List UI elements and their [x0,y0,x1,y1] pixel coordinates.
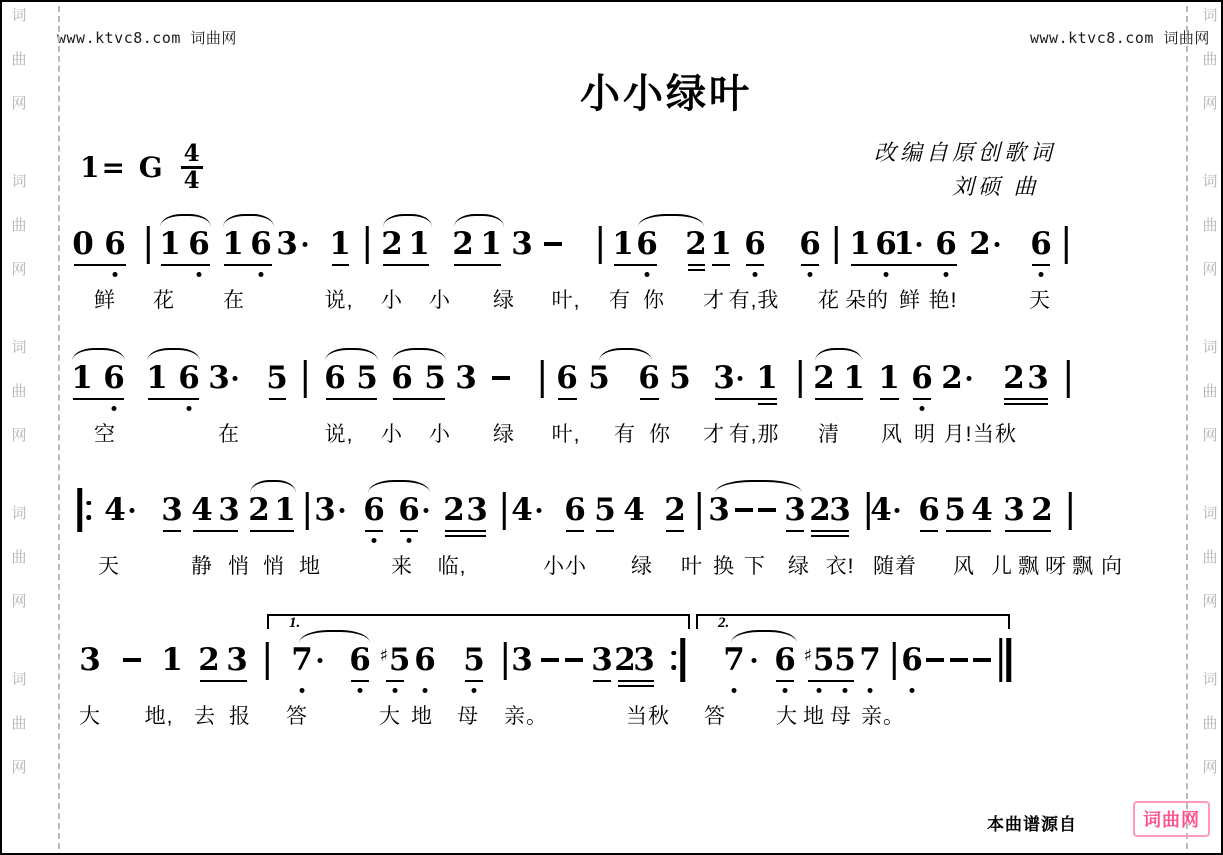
beam-line [193,530,238,532]
note: 3 [161,495,183,526]
octave-dot [197,272,202,277]
duration-dot [738,376,743,381]
beam-line [811,535,849,537]
note: 3 [713,363,735,394]
beam-line [596,530,614,532]
beam-line [386,680,404,682]
dash-rest [565,658,583,662]
lyric-syllable: 衣! [826,550,855,580]
note: 1 [329,229,351,260]
note: 6 [799,229,821,260]
note: 6 [391,363,413,394]
beam-line [224,264,272,266]
lyric-syllable: 呀 [1045,550,1067,580]
side-watermark-char-right: 曲 [1201,218,1219,233]
dash-rest [735,508,753,512]
beam-line [776,680,794,682]
lyric-syllable: 清 [818,418,840,448]
footer-site-badge: 词曲网 [1133,801,1210,837]
note: 5 [463,645,485,676]
beam-line [161,264,210,266]
note: 5 [424,363,446,394]
note: 4 [971,495,993,526]
octave-dot [753,272,758,277]
beam-line [920,530,938,532]
note: 6 [398,495,420,526]
lyric-syllable: 叶, [552,284,581,314]
volta-label: 2. [718,615,729,632]
lyric-syllable: 绿 [788,550,810,580]
lyric-syllable: 你 [643,284,665,314]
lyric-syllable: 飘 [1072,550,1094,580]
lyric-syllable: 绿 [493,418,515,448]
volta-bracket [267,614,690,629]
note: 4 [511,495,533,526]
lyric-syllable: 答 [286,700,308,730]
beam-line [148,398,199,400]
octave-dot [372,538,377,543]
beam-line [640,398,659,400]
lyric-syllable: 地 [411,700,433,730]
barline [893,642,896,680]
sharp-icon: ♯ [804,646,812,666]
barline [541,360,544,398]
lyric-syllable: 花 [818,284,840,314]
note: 4 [104,495,126,526]
barline [1065,226,1068,264]
lyric-syllable: 绿 [631,550,653,580]
note: 4 [623,495,645,526]
barline [1069,492,1072,530]
note: 3 [466,495,488,526]
note: 1 [408,229,430,260]
beam-line [1004,403,1048,405]
side-watermark-char-right: 网 [1201,428,1219,443]
lyric-syllable: 换 [713,550,735,580]
note: 7 [723,645,745,676]
lyric-syllable: 风 [881,418,903,448]
note: 2 [248,495,270,526]
duration-dot [917,242,922,247]
dash-rest [541,658,559,662]
side-watermark-char-left: 曲 [10,550,28,565]
note: 6 [250,229,272,260]
note: 1 [756,363,778,394]
beam-line [786,530,804,532]
octave-dot [920,406,925,411]
lyric-syllable: 答 [704,700,726,730]
lyric-syllable: 小 [381,418,403,448]
note: 3 [226,645,248,676]
note: 2 [685,229,707,260]
note: 5 [834,645,856,676]
note: 1 [159,229,181,260]
volta-label: 1. [289,615,300,632]
barline [306,492,309,530]
lyric-syllable: 说, [325,284,354,314]
notation-area: 0616163121213162166161626鲜花在说,小小绿叶,有你才有,… [2,2,1221,853]
note: 6 [103,363,125,394]
side-watermark-char-right: 曲 [1201,52,1219,67]
barline [366,226,369,264]
lyric-syllable: 天 [98,550,120,580]
side-watermark-char-left: 网 [10,96,28,111]
note: 1 [274,495,296,526]
note: 2 [813,363,835,394]
octave-dot [732,688,737,693]
note: 3 [208,363,230,394]
note: 6 [349,645,371,676]
lyric-syllable: 母 [830,700,852,730]
beam-line [351,680,369,682]
octave-dot [783,688,788,693]
note: 7 [291,645,313,676]
beam-line [688,264,705,266]
dash-rest [758,508,776,512]
beam-line [332,264,349,266]
note: 2 [452,229,474,260]
octave-dot [358,688,363,693]
lyric-syllable: 儿 [991,550,1013,580]
side-watermark-char-left: 曲 [10,52,28,67]
note: 3 [591,645,613,676]
note: 1 [710,229,732,260]
beam-line [326,398,377,400]
octave-dot [407,538,412,543]
lyric-syllable: 小 [429,418,451,448]
barline [266,642,269,680]
note: 4 [191,495,213,526]
repeat-end-barline [671,638,685,682]
beam-line [445,535,486,537]
beam-line [1005,530,1051,532]
lyric-syllable: 大 [776,700,798,730]
side-watermark-char-right: 曲 [1201,384,1219,399]
lyric-syllable: 鲜 [94,284,116,314]
note: 2 [198,645,220,676]
duration-dot [537,508,542,513]
octave-dot [808,272,813,277]
beam-line [393,398,445,400]
note: 3 [276,229,298,260]
note: 1 [849,229,871,260]
note: 6 [324,363,346,394]
beam-line [811,530,849,532]
note: 6 [564,495,586,526]
side-watermark-char-left: 曲 [10,218,28,233]
note: 6 [774,645,796,676]
duration-dot [303,242,308,247]
barline [867,492,870,530]
lyric-syllable: 下 [744,550,766,580]
lyric-syllable: 报 [229,700,251,730]
note: 6 [104,229,126,260]
side-watermark-char-left: 曲 [10,384,28,399]
lyric-syllable: 当秋 [973,418,1017,448]
duration-dot [752,658,757,663]
note: 5 [356,363,378,394]
beam-line [851,264,957,266]
beam-line [593,680,611,682]
duration-dot [233,376,238,381]
lyric-syllable: 大 [379,700,401,730]
note: 2 [809,495,831,526]
beam-line [200,680,247,682]
final-barline [999,638,1011,682]
lyric-syllable: 小小 [543,550,587,580]
lyric-syllable: 有,那 [729,418,780,448]
lyric-syllable: 说, [325,418,354,448]
note: 3 [455,363,477,394]
lyric-syllable: 月! [944,418,973,448]
octave-dot [300,688,305,693]
note: 3 [633,645,655,676]
barline [504,642,507,680]
note: ♯5 [804,645,835,676]
footer-source-label: 本曲谱源自 [987,810,1077,835]
octave-dot [472,688,477,693]
lyric-syllable: 明 [914,418,936,448]
note: 3 [218,495,240,526]
note: 6 [178,363,200,394]
lyric-syllable: 小 [429,284,451,314]
beam-line [465,680,483,682]
side-watermark-char-left: 词 [10,174,28,189]
side-watermark-char-left: 网 [10,594,28,609]
lyric-syllable: 静 [191,550,213,580]
octave-dot [259,272,264,277]
note: 2 [664,495,686,526]
octave-dot [884,272,889,277]
beam-line [614,264,657,266]
note: 6 [918,495,940,526]
note: 3 [314,495,336,526]
dash-rest [926,658,944,662]
side-watermark-char-left: 网 [10,262,28,277]
lyric-syllable: 风 [953,550,975,580]
dash-rest [123,658,141,662]
beam-line [566,530,584,532]
note: 5 [594,495,616,526]
barline [799,360,802,398]
side-watermark-char-left: 词 [10,672,28,687]
duration-dot [995,242,1000,247]
beam-line [454,264,501,266]
beam-line [815,398,863,400]
beam-line [1004,398,1048,400]
side-watermark-char-right: 曲 [1201,550,1219,565]
beam-line [808,680,854,682]
lyric-syllable: 朵的 [845,284,889,314]
beam-line [400,530,418,532]
barline [503,492,506,530]
beam-line [618,680,654,682]
lyric-syllable: 大 [79,700,101,730]
side-watermark-char-right: 网 [1201,262,1219,277]
note: 3 [829,495,851,526]
barline [147,226,150,264]
beam-line [913,398,931,400]
note: 5 [669,363,691,394]
note: 6 [556,363,578,394]
lyric-syllable: 亲。 [861,700,905,730]
note: 6 [414,645,436,676]
duration-dot [340,508,345,513]
note: 2 [1031,495,1053,526]
score-page: www.ktvc8.com 词曲网 www.ktvc8.com 词曲网 小小绿叶… [0,0,1223,855]
lyric-syllable: 绿 [493,284,515,314]
volta-bracket [696,614,1010,629]
beam-line [1032,264,1050,266]
lyric-syllable: 才 [703,418,725,448]
lyric-syllable: 天 [1029,284,1051,314]
beam-line [383,264,429,266]
octave-dot [944,272,949,277]
note: 1 [878,363,900,394]
lyric-syllable: 在 [218,418,240,448]
octave-dot [112,406,117,411]
duration-dot [318,658,323,663]
note: 3 [784,495,806,526]
note: 2 [443,495,465,526]
beam-line [758,403,777,405]
note: 6 [638,363,660,394]
lyric-syllable: 当秋 [626,700,670,730]
note: 6 [935,229,957,260]
note: 6 [363,495,385,526]
beam-line [880,398,899,400]
beam-line [801,264,819,266]
octave-dot [868,688,873,693]
lyric-syllable: 地, [145,700,174,730]
side-watermark-char-right: 词 [1201,672,1219,687]
octave-dot [393,688,398,693]
duration-dot [967,376,972,381]
lyric-syllable: 有 [614,418,636,448]
side-watermark-char-left: 词 [10,506,28,521]
beam-line [250,530,294,532]
note: 6 [636,229,658,260]
note: 1 [222,229,244,260]
note: 5 [266,363,288,394]
side-watermark-char-right: 曲 [1201,716,1219,731]
note: 0 [72,229,94,260]
note: 6 [911,363,933,394]
lyric-syllable: 亲。 [504,700,548,730]
barline [599,226,602,264]
lyric-syllable: 地 [299,550,321,580]
lyric-syllable: 鲜 [899,284,921,314]
lyric-syllable: 花 [153,284,175,314]
dash-rest [973,658,991,662]
lyric-syllable: 在 [223,284,245,314]
lyric-syllable: 空 [94,418,116,448]
side-watermark-char-left: 网 [10,428,28,443]
note: 4 [870,495,892,526]
note: 3 [79,645,101,676]
side-watermark-char-right: 词 [1201,174,1219,189]
lyric-syllable: 叶 [681,550,703,580]
side-watermark-char-right: 网 [1201,594,1219,609]
note: 6 [188,229,210,260]
beam-line [746,264,764,266]
note: 3 [708,495,730,526]
beam-line [365,530,383,532]
octave-dot [423,688,428,693]
lyric-syllable: 临, [438,550,467,580]
note: 2 [941,363,963,394]
side-watermark-char-left: 词 [10,8,28,23]
note: 2 [381,229,403,260]
octave-dot [843,688,848,693]
dash-rest [544,242,562,246]
beam-line [715,398,777,400]
side-watermark-char-left: 曲 [10,716,28,731]
lyric-syllable: 有,我 [729,284,780,314]
lyric-syllable: 随着 [873,550,917,580]
duration-dot [130,508,135,513]
note: 1 [146,363,168,394]
lyric-syllable: 去 [194,700,216,730]
note: 1 [161,645,183,676]
note: 3 [1003,495,1025,526]
duration-dot [424,508,429,513]
dash-rest [492,376,510,380]
note: 1 [893,229,915,260]
note: 6 [901,645,923,676]
beam-line [618,685,654,687]
note: 2 [1003,363,1025,394]
barline [1067,360,1070,398]
note: 1 [71,363,93,394]
beam-line [558,398,577,400]
note: 3 [511,229,533,260]
lyric-syllable: 叶, [552,418,581,448]
beam-line [73,398,124,400]
side-watermark-char-right: 词 [1201,8,1219,23]
note: 5 [944,495,966,526]
beam-line [269,398,286,400]
note: 6 [744,229,766,260]
note: 5 [588,363,610,394]
barline [698,492,701,530]
lyric-syllable: 悄 [228,550,250,580]
note: 6 [1030,229,1052,260]
barline [835,226,838,264]
beam-line [163,530,181,532]
sharp-icon: ♯ [380,646,388,666]
note: 1 [843,363,865,394]
side-watermark-char-right: 词 [1201,506,1219,521]
beam-line [74,264,126,266]
note: 3 [511,645,533,676]
lyric-syllable: 有 [609,284,631,314]
note: 1 [612,229,634,260]
barline [304,360,307,398]
note: ♯5 [380,645,411,676]
note: 2 [969,229,991,260]
note: 1 [480,229,502,260]
octave-dot [817,688,822,693]
beam-line [688,269,705,271]
lyric-syllable: 你 [649,418,671,448]
beam-line [666,530,684,532]
lyric-syllable: 悄 [263,550,285,580]
lyric-syllable: 才 [703,284,725,314]
repeat-start-barline [77,488,91,532]
lyric-syllable: 母 [457,700,479,730]
dash-rest [950,658,968,662]
